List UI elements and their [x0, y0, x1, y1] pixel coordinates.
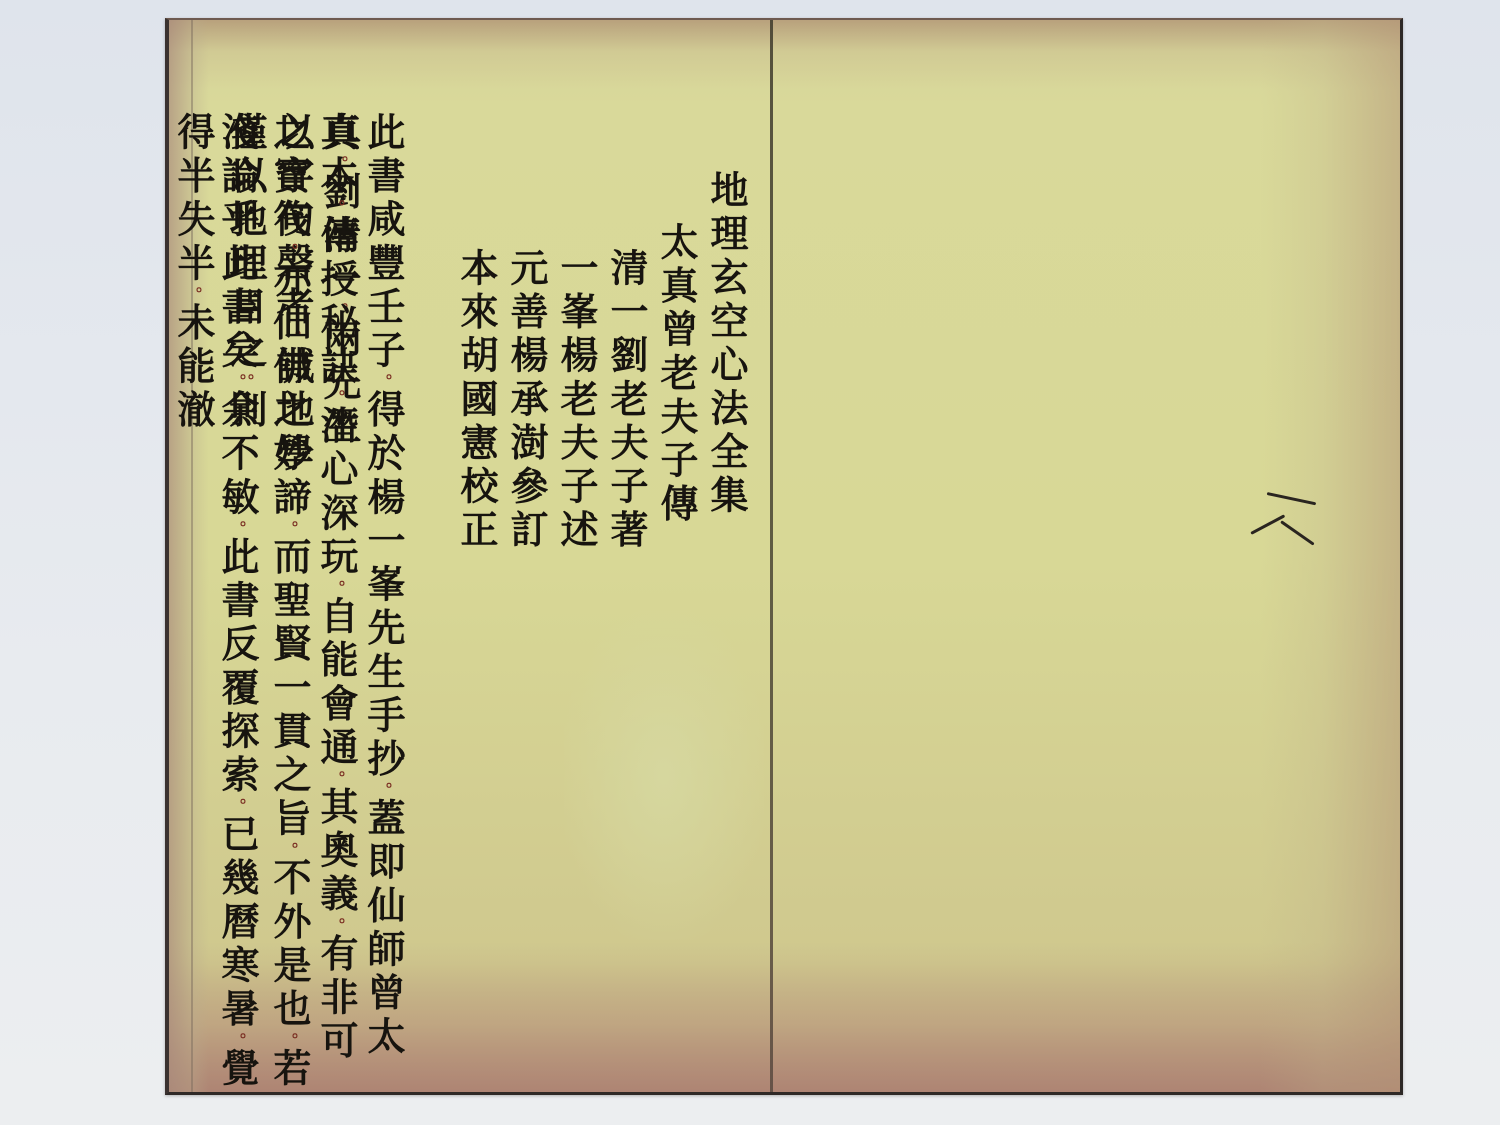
credit-line-3: 一峯楊老夫子述 [554, 248, 598, 553]
edge-stain-top [169, 20, 1400, 90]
credit-line-1: 太真曾老夫子傳 [654, 222, 698, 527]
edge-stain-right [1260, 20, 1400, 1092]
credit-line-5: 本來胡國憲校正 [454, 248, 498, 553]
book-title: 地理玄空心法全集 [704, 170, 748, 519]
manuscript-page: 地理玄空心法全集 太真曾老夫子傳 清一劉老夫子著 一峯楊老夫子述 元善楊承澍參訂… [165, 18, 1403, 1095]
preface-column-4: 淺論乎此書矣。余不敏。此書反覆探索。已幾曆寒暑。覺得半失半。未能澈 [215, 112, 259, 1092]
preface-column-1: 此書咸豐壬子。得於楊一峯先生手抄。蓋即仙師曾太真。劉清一。兩先生 [361, 112, 405, 1092]
credit-line-2: 清一劉老夫子著 [604, 248, 648, 553]
blurred-region [564, 610, 764, 940]
preface-column-2: 真本。傳授秘訣。潛心深玩。自能會通。其奧義。有非可以字句磬者。誠地學 [314, 112, 358, 1092]
preface-column-3: 之寶筏。亦仙佛之妙諦。而聖賢一貫之旨。不外是也。若僅以地理目之。則 [267, 112, 311, 1092]
page-fold-line [770, 20, 773, 1092]
credit-line-4: 元善楊承澍參訂 [504, 248, 548, 553]
